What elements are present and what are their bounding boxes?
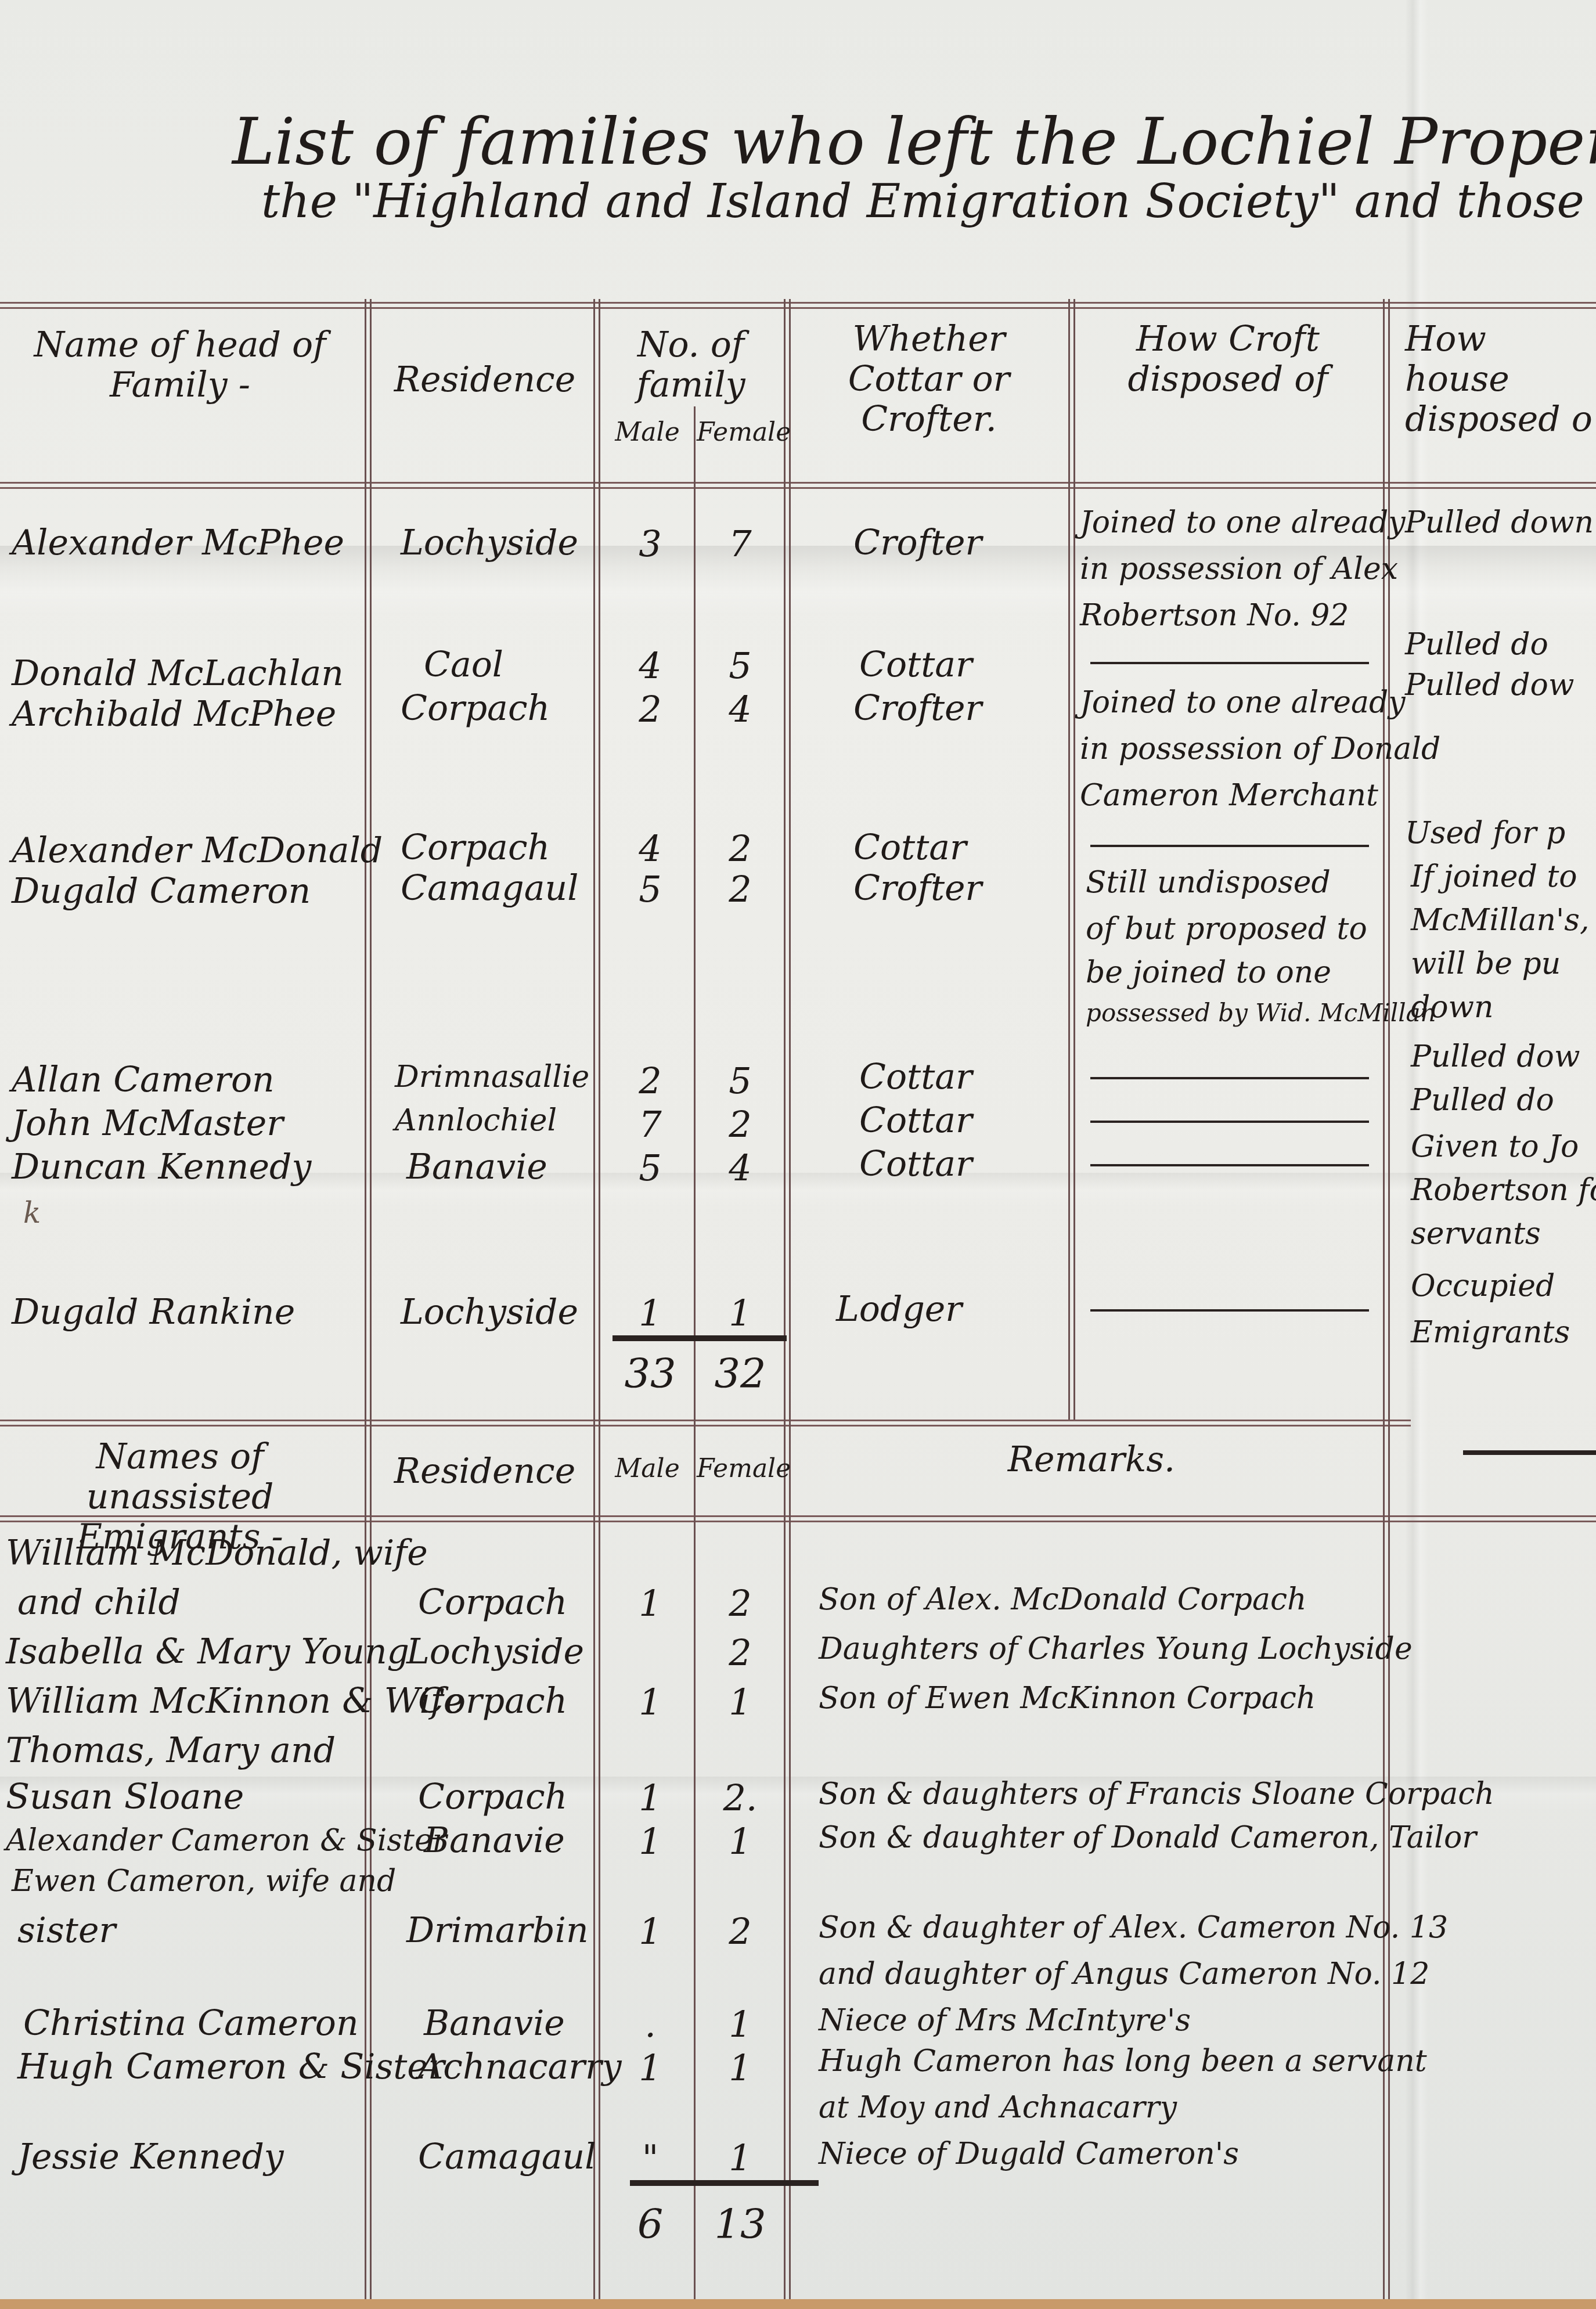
unassisted-male: .	[615, 2003, 685, 2045]
unassisted-residence: Camagaul	[418, 2137, 596, 2177]
row-house-line: McMillan's, w	[1411, 903, 1596, 938]
unassisted-residence: Corpach	[418, 1582, 567, 1623]
unassisted-residence: Corpach	[418, 1681, 567, 1721]
row-croft-dash	[1090, 845, 1369, 847]
row-residence: Annlochiel	[395, 1103, 557, 1138]
unassisted-residence: Drimarbin	[406, 1910, 589, 1951]
unassisted-female: 1	[705, 1681, 775, 1723]
row-croft-dash	[1090, 1164, 1369, 1166]
totals-rule	[613, 1335, 787, 1341]
unassisted-name: Jessie Kennedy	[17, 2137, 284, 2177]
row-house-line: servants	[1411, 1216, 1541, 1251]
unassisted-residence: Banavie	[424, 2003, 565, 2044]
row-residence: Drimnasallie	[395, 1060, 589, 1094]
column-rule	[1068, 299, 1075, 1420]
row-male: 1	[615, 1292, 685, 1334]
row-male: 7	[615, 1103, 685, 1146]
section-divider-rule	[0, 1420, 1411, 1427]
header-female: Female	[697, 1454, 784, 1484]
row-house-line: Emigrants	[1411, 1315, 1570, 1350]
row-croft-line: Robertson No. 92	[1080, 598, 1349, 633]
row-female: 4	[705, 688, 775, 730]
column-rule	[784, 299, 791, 2299]
unassisted-name: sister	[17, 1910, 116, 1951]
header-male: Male	[604, 418, 691, 448]
header-how-croft-disposed: How Croft disposed of	[1091, 319, 1364, 399]
row-status: Cottar	[853, 827, 967, 868]
unassisted-remark: Niece of Dugald Cameron's	[819, 2137, 1239, 2171]
row-croft-line: be joined to one	[1086, 955, 1331, 990]
unassisted-remark: Son of Ewen McKinnon Corpach	[819, 1681, 1316, 1716]
document-page: List of families who left the Lochiel Pr…	[0, 0, 1596, 2299]
row-house-line: Pulled do	[1405, 627, 1548, 662]
unassisted-male: 1	[615, 1910, 685, 1953]
header-no-of-family: No. of family	[604, 325, 778, 405]
unassisted-residence: Banavie	[424, 1820, 565, 1861]
document-title-line-1: List of families who left the Lochiel Pr…	[232, 105, 1596, 179]
unassisted-residence: Corpach	[418, 1777, 567, 1817]
header-remarks: Remarks.	[813, 1440, 1370, 1480]
row-croft-line: Still undisposed	[1086, 865, 1331, 900]
row-female: 5	[705, 644, 775, 687]
column-rule-male-female	[694, 406, 696, 2299]
header-residence: Residence	[383, 1451, 586, 1492]
row-croft-line: Joined to one already	[1080, 505, 1406, 540]
row-name: Alexander McDonald	[12, 830, 383, 871]
unassisted-remark: Daughters of Charles Young Lochyside	[819, 1631, 1413, 1666]
unassisted-remark: Son & daughter of Donald Cameron, Tailor	[819, 1820, 1476, 1855]
unassisted-male: 1	[615, 1681, 685, 1723]
unassisted-name: Susan Sloane	[6, 1777, 244, 1817]
row-status: Lodger	[836, 1289, 962, 1330]
unassisted-male: 1	[615, 1582, 685, 1624]
unassisted-remark: Hugh Cameron has long been a servant	[819, 2044, 1427, 2079]
row-house-line: Occupied	[1411, 1269, 1555, 1303]
unassisted-female: 1	[705, 2137, 775, 2179]
unassisted-female: 2	[705, 1631, 775, 1674]
row-male: 3	[615, 523, 685, 565]
row-status: Cottar	[859, 644, 972, 685]
row-house-line: Pulled down	[1405, 505, 1594, 540]
unassisted-female: 1	[705, 2003, 775, 2045]
unassisted-remark: Son & daughters of Francis Sloane Corpac…	[819, 1777, 1494, 1811]
unassisted-female: 1	[705, 2047, 775, 2089]
row-male: 4	[615, 644, 685, 687]
row-residence: Lochyside	[401, 523, 578, 563]
unassisted-name: Isabella & Mary Young	[6, 1631, 409, 1672]
unassisted-residence: Achnacarry	[418, 2047, 622, 2087]
row-name: Allan Cameron	[12, 1060, 275, 1100]
unassisted-name: Ewen Cameron, wife and	[12, 1864, 396, 1899]
header-bottom-rule	[0, 482, 1596, 489]
row-house-line: Pulled dow	[1411, 1039, 1580, 1074]
ruled-mark	[1463, 1450, 1596, 1455]
unassisted-female: 2	[705, 1582, 775, 1624]
row-house-line: Given to Jo	[1411, 1129, 1579, 1164]
row-croft-line: possessed by Wid. McMillan	[1086, 999, 1436, 1027]
total-female: 13	[705, 2200, 775, 2248]
total-male: 6	[615, 2200, 685, 2248]
totals-rule	[630, 2180, 819, 2186]
table-top-rule	[0, 302, 1596, 309]
unassisted-name: Hugh Cameron & Sister	[17, 2047, 445, 2087]
row-house-line: If joined to	[1411, 859, 1577, 894]
row-house-line: Used for p	[1405, 816, 1565, 851]
row-house-line: will be pu	[1411, 946, 1561, 981]
row-status: Crofter	[853, 523, 982, 563]
row-name: Duncan Kennedy	[12, 1147, 311, 1187]
row-female: 1	[705, 1292, 775, 1334]
row-name: Dugald Cameron	[12, 871, 311, 912]
unassisted-male: 1	[615, 1777, 685, 1819]
unassisted-residence: Lochyside	[406, 1631, 584, 1672]
column-rule	[1383, 299, 1390, 2299]
header-residence: Residence	[383, 360, 586, 400]
unassisted-male: "	[615, 2137, 685, 2179]
column-rule	[365, 299, 372, 2299]
total-male: 33	[615, 1350, 685, 1397]
unassisted-name: William McDonald, wife	[6, 1533, 428, 1573]
row-female: 4	[705, 1147, 775, 1189]
row-female: 5	[705, 1060, 775, 1102]
column-rule	[593, 299, 600, 2299]
unassisted-name: William McKinnon & Wife	[6, 1681, 464, 1721]
row-residence: Caol	[424, 644, 503, 685]
row-status: Cottar	[859, 1144, 972, 1184]
row-male: 5	[615, 868, 685, 910]
row-croft-dash	[1090, 662, 1369, 664]
row-male: 4	[615, 827, 685, 870]
row-croft-line: in possession of Alex	[1080, 552, 1398, 586]
row-male: 5	[615, 1147, 685, 1189]
header-cottar-or-crofter: Whether Cottar or Crofter.	[807, 319, 1051, 440]
row-name: Donald McLachlan	[12, 653, 344, 694]
unassisted-female: 1	[705, 1820, 775, 1863]
row-male: 2	[615, 688, 685, 730]
row-status: Crofter	[853, 688, 982, 729]
row-croft-dash	[1090, 1121, 1369, 1123]
row-croft-dash	[1090, 1077, 1369, 1079]
row-status: Cottar	[859, 1057, 972, 1097]
row-croft-line: of but proposed to	[1086, 912, 1367, 946]
row-name: John McMaster	[12, 1103, 283, 1144]
row-female: 2	[705, 1103, 775, 1146]
row-name: Dugald Rankine	[12, 1292, 295, 1332]
total-female: 32	[705, 1350, 775, 1397]
row-name: Archibald McPhee	[12, 694, 336, 734]
unassisted-name: Christina Cameron	[23, 2003, 359, 2044]
unassisted-male: 1	[615, 1820, 685, 1863]
unassisted-female: 2	[705, 1910, 775, 1953]
row-residence: Banavie	[406, 1147, 547, 1187]
row-status: Cottar	[859, 1100, 972, 1141]
unassisted-remark: at Moy and Achnacarry	[819, 2090, 1177, 2125]
unassisted-name: and child	[17, 1582, 181, 1623]
unassisted-female: 2.	[705, 1777, 775, 1819]
row-residence: Lochyside	[401, 1292, 578, 1332]
unassisted-name: Alexander Cameron & Sister	[6, 1823, 447, 1858]
unassisted-remark: and daughter of Angus Cameron No. 12	[819, 1957, 1429, 1991]
margin-mark: k	[23, 1196, 41, 1230]
row-residence: Camagaul	[401, 868, 578, 909]
row-house-line: down	[1411, 990, 1494, 1025]
row-croft-dash	[1090, 1309, 1369, 1312]
row-croft-line: Joined to one already	[1080, 685, 1406, 720]
unassisted-male: 1	[615, 2047, 685, 2089]
unassisted-name: Thomas, Mary and	[6, 1730, 336, 1771]
header-how-house-disposed: How house disposed o	[1405, 319, 1596, 440]
row-croft-line: in possession of Donald	[1080, 732, 1440, 766]
header-female: Female	[697, 418, 784, 448]
row-status: Crofter	[853, 868, 982, 909]
unassisted-remark: Son of Alex. McDonald Corpach	[819, 1582, 1307, 1617]
header-male: Male	[604, 1454, 691, 1484]
unassisted-remark: Niece of Mrs McIntyre's	[819, 2003, 1191, 2038]
row-name: Alexander McPhee	[12, 523, 344, 563]
row-male: 2	[615, 1060, 685, 1102]
row-female: 2	[705, 868, 775, 910]
row-residence: Corpach	[401, 688, 550, 729]
unassisted-remark: Son & daughter of Alex. Cameron No. 13	[819, 1910, 1448, 1945]
row-house-line: Pulled do	[1411, 1083, 1554, 1118]
row-residence: Corpach	[401, 827, 550, 868]
row-female: 2	[705, 827, 775, 870]
row-house-line: Robertson for	[1411, 1173, 1596, 1208]
header-name-of-head: Name of head of Family -	[17, 325, 343, 405]
document-title-line-2: the "Highland and Island Emigration Soci…	[261, 174, 1596, 228]
row-female: 7	[705, 523, 775, 565]
row-croft-line: Cameron Merchant	[1080, 778, 1378, 813]
row-house-line: Pulled dow	[1405, 668, 1574, 703]
